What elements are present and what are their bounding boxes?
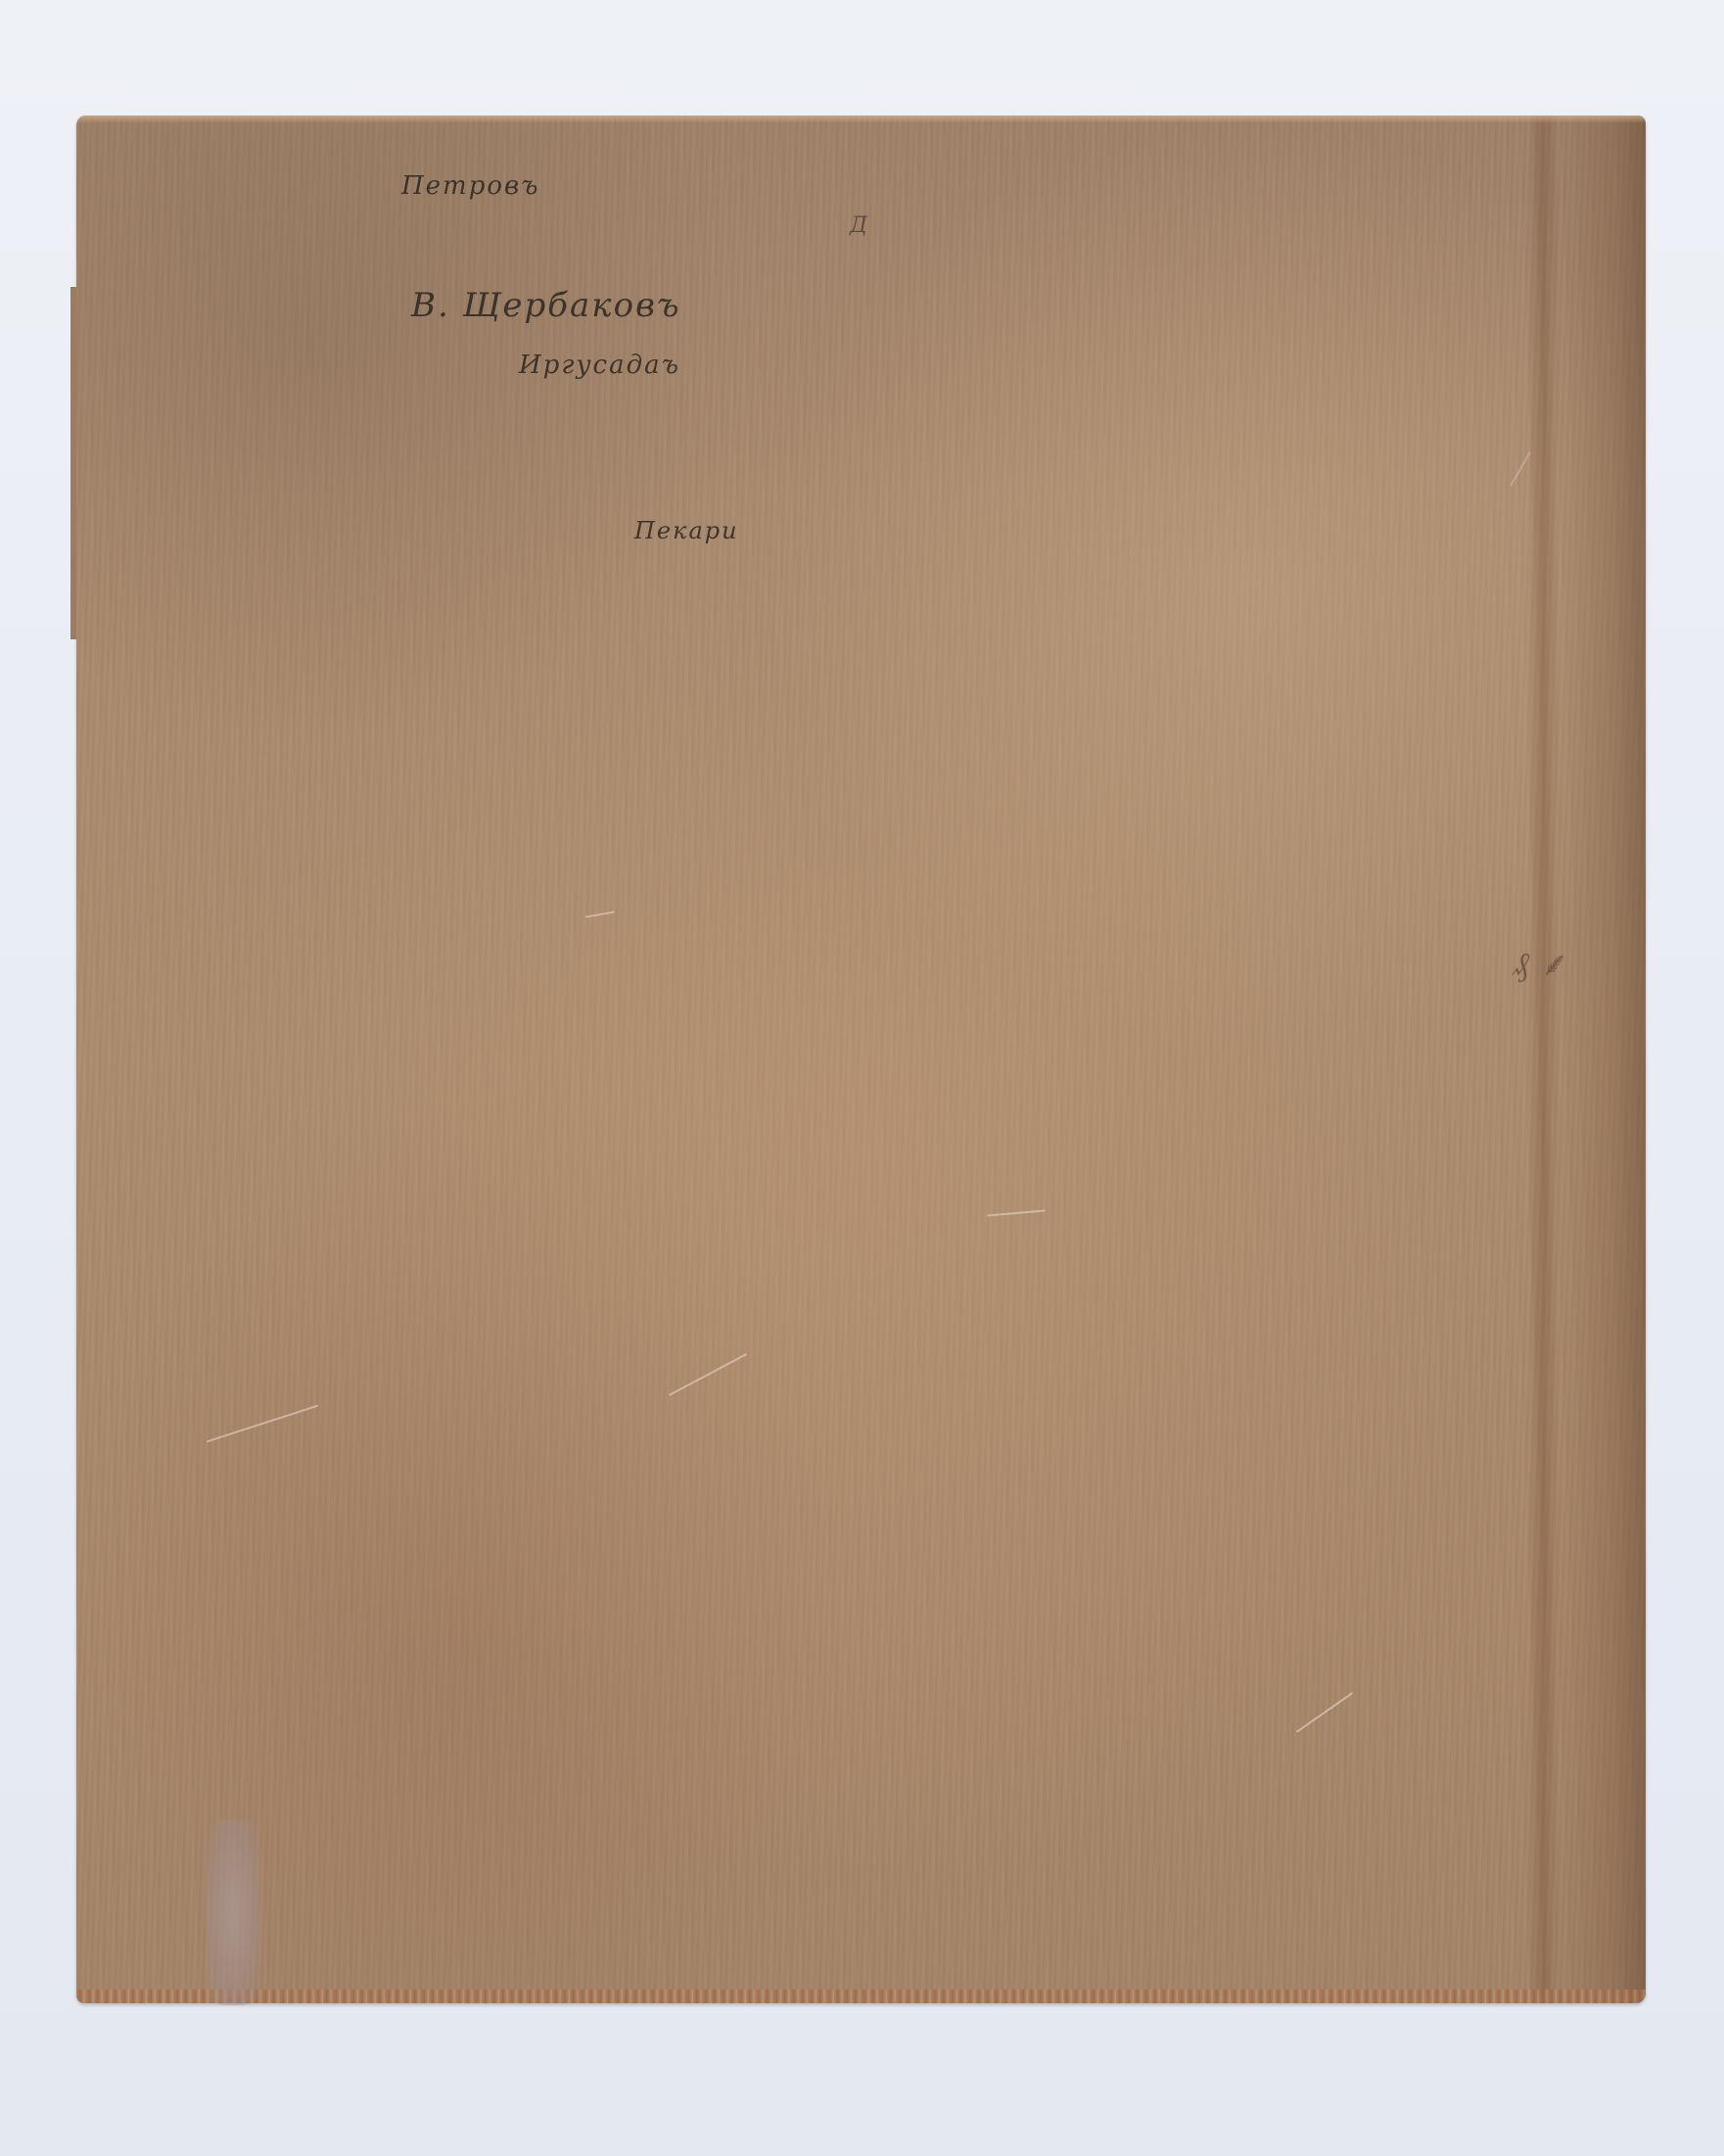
inscription-mark-top: Д	[850, 213, 869, 238]
scratch	[669, 1353, 747, 1396]
scratch	[585, 911, 615, 917]
photo: Петровъ В. Щербаковъ Иргусадаъ Пекари Д …	[0, 0, 1724, 2156]
scratch	[1296, 1692, 1353, 1733]
panel-bottom-edge	[76, 1990, 1646, 2003]
panel-top-edge	[76, 116, 1646, 123]
inscription-line-2: В. Щербаковъ	[411, 286, 681, 325]
inscription-line-4: Пекари	[634, 517, 739, 544]
panel-left-edge-notch	[70, 287, 76, 639]
edge-carved-marks: ₰ ⸙	[1513, 940, 1601, 1048]
wooden-panel-back	[76, 116, 1646, 2003]
scratch	[987, 1209, 1046, 1216]
scratch	[1510, 451, 1531, 487]
worn-patch	[206, 1819, 260, 2005]
scratch	[207, 1405, 319, 1443]
inscription-line-3: Иргусадаъ	[519, 351, 680, 380]
inscription-line-1: Петровъ	[401, 171, 539, 201]
